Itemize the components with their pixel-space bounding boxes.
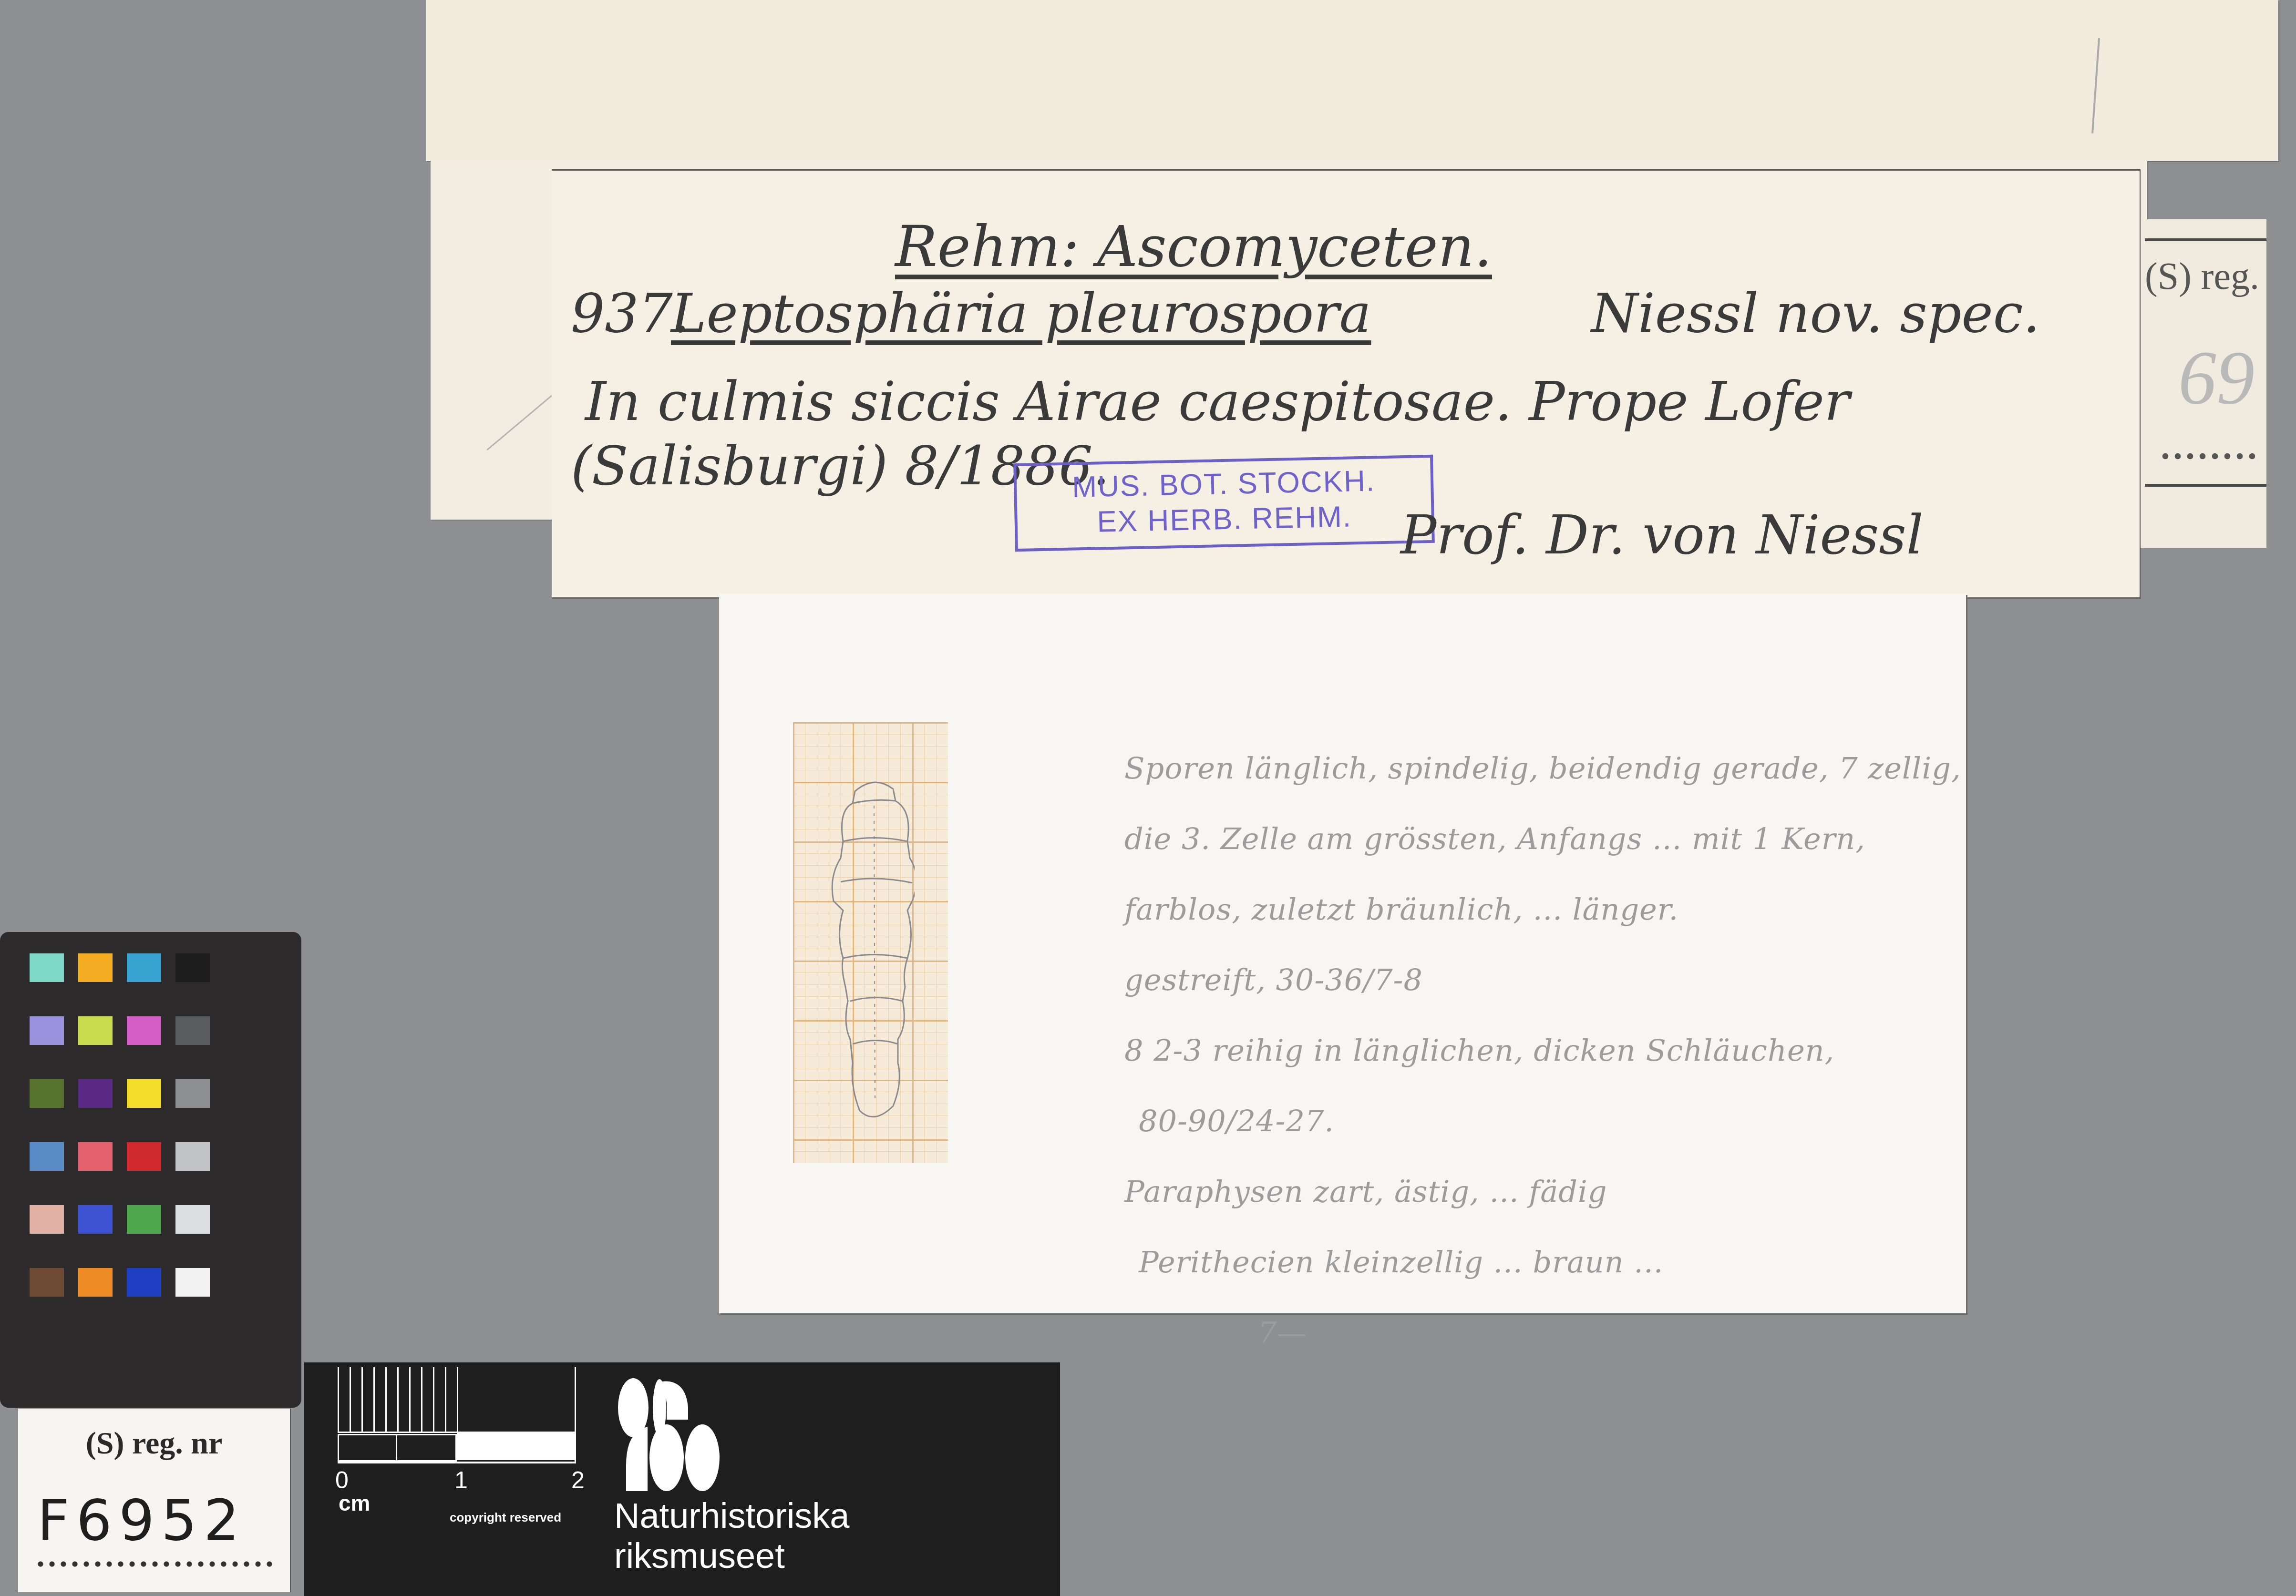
reg-number-partial: 69	[2178, 334, 2255, 422]
note-line: Sporen länglich, spindelig, beidendig ge…	[1124, 751, 1935, 821]
color-swatch	[175, 1079, 210, 1108]
partial-reg-strip: (S) reg. 69	[2139, 219, 2266, 548]
reg-text: (S) reg.	[2145, 255, 2259, 298]
color-swatch-grid	[30, 953, 210, 1302]
dotted-line	[35, 1561, 273, 1567]
pencil-mark	[2091, 38, 2100, 133]
scale-tick-1: 1	[454, 1466, 468, 1494]
handwritten-note-sheet: Sporen länglich, spindelig, beidendig ge…	[719, 593, 1966, 1313]
color-swatch	[175, 1268, 210, 1297]
color-swatch	[78, 953, 113, 982]
color-swatch	[127, 953, 161, 982]
note-line: gestreift, 30-36/7-8	[1124, 962, 1935, 1033]
note-line: 80-90/24-27.	[1124, 1104, 1935, 1174]
scale-bar	[338, 1367, 576, 1463]
note-line: Paraphysen zart, ästig, ... fädig	[1124, 1174, 1935, 1245]
specimen-label: Rehm: Ascomyceten. 937. Leptosphäria ple…	[552, 169, 2140, 599]
color-swatch	[78, 1016, 113, 1045]
scale-bar-card: 0 1 2 cm copyright reserved Naturhistori…	[304, 1362, 1060, 1596]
museum-name: Naturhistoriska riksmuseet	[614, 1496, 850, 1576]
rule-line	[2145, 484, 2266, 487]
dotted-line	[2159, 453, 2259, 460]
scale-line	[338, 1462, 576, 1463]
habitat-text: In culmis siccis Airae caespitosae. Prop…	[585, 371, 1850, 433]
note-line: Perithecien kleinzellig ... braun ...	[1124, 1245, 1935, 1315]
scale-line	[575, 1367, 576, 1463]
note-line: die 3. Zelle am grössten, Anfangs ... mi…	[1124, 821, 1935, 892]
color-swatch	[30, 1016, 64, 1045]
color-checker-card	[0, 932, 301, 1408]
color-swatch	[30, 1268, 64, 1297]
rule-line	[2145, 238, 2266, 241]
color-swatch	[78, 1079, 113, 1108]
note-line: farblos, zuletzt bräunlich, ... länger.	[1124, 892, 1935, 962]
graph-paper-drawing	[793, 722, 948, 1163]
museum-logo-icon	[614, 1374, 772, 1494]
color-swatch	[30, 1079, 64, 1108]
color-swatch	[175, 953, 210, 982]
scale-segment	[338, 1434, 397, 1462]
color-swatch	[78, 1205, 113, 1234]
color-swatch	[127, 1142, 161, 1171]
color-swatch	[175, 1142, 210, 1171]
species-authority: Niessl nov. spec.	[1591, 283, 2040, 345]
top-backing-sheet	[426, 0, 2278, 161]
copyright-text: copyright reserved	[450, 1510, 561, 1525]
scale-segment	[457, 1432, 576, 1460]
collector-signature: Prof. Dr. von Niessl	[1400, 504, 1924, 566]
note-line: 7—	[1124, 1315, 1935, 1386]
color-swatch	[175, 1205, 210, 1234]
color-swatch	[127, 1016, 161, 1045]
color-swatch	[175, 1016, 210, 1045]
color-swatch	[127, 1205, 161, 1234]
pencil-mark	[486, 388, 560, 450]
spore-sketch-icon	[831, 777, 915, 1125]
species-name: Leptosphäria pleurospora	[671, 283, 1371, 345]
color-swatch	[30, 953, 64, 982]
color-swatch	[30, 1142, 64, 1171]
color-swatch	[127, 1079, 161, 1108]
label-heading: Rehm: Ascomyceten.	[895, 214, 1492, 279]
color-swatch	[127, 1268, 161, 1297]
reg-title: (S) reg. nr	[18, 1425, 290, 1462]
color-swatch	[78, 1268, 113, 1297]
scale-unit: cm	[339, 1490, 370, 1516]
registration-label: (S) reg. nr F6952	[18, 1409, 290, 1592]
color-swatch	[30, 1205, 64, 1234]
pencil-notes: Sporen länglich, spindelig, beidendig ge…	[1124, 751, 1935, 1386]
reg-number: F6952	[37, 1487, 246, 1553]
scale-segment	[397, 1434, 457, 1462]
scale-tick-2: 2	[571, 1466, 585, 1494]
herbarium-stamp: MUS. BOT. STOCKH. EX HERB. REHM.	[1013, 455, 1435, 552]
color-swatch	[78, 1142, 113, 1171]
mm-ticks	[338, 1367, 458, 1432]
museum-name-line-2: riksmuseet	[614, 1536, 850, 1576]
note-line: 8 2-3 reihig in länglichen, dicken Schlä…	[1124, 1033, 1935, 1104]
museum-name-line-1: Naturhistoriska	[614, 1496, 850, 1536]
